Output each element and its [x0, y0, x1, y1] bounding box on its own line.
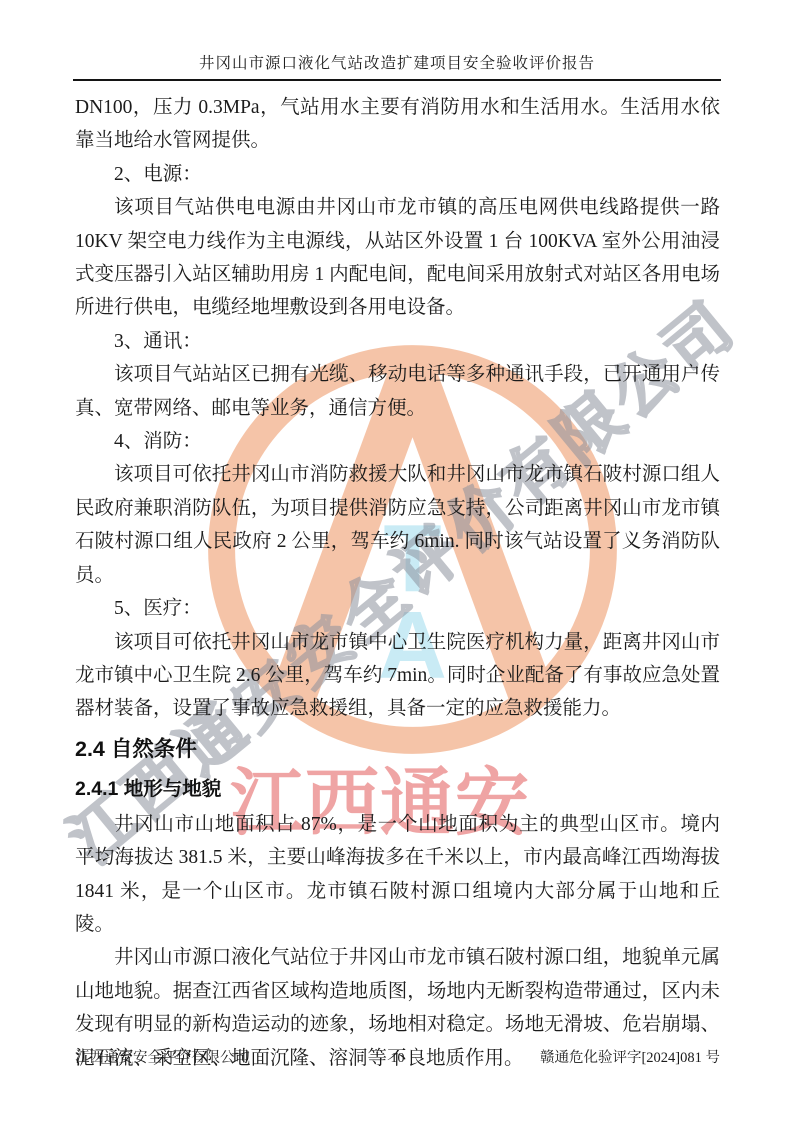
paragraph: 该项目可依托井冈山市龙市镇中心卫生院医疗机构力量，距离井冈山市龙市镇中心卫生院 … [75, 626, 720, 726]
page-footer: 江西通安安全评价有限公司 10 赣通危化验评字[2024]081 号 [75, 1046, 720, 1067]
header-rule [73, 79, 721, 81]
page-header-title: 井冈山市源口液化气站改造扩建项目安全验收评价报告 [0, 51, 794, 73]
paragraph: DN100，压力 0.3MPa，气站用水主要有消防用水和生活用水。生活用水依靠当… [75, 91, 720, 158]
paragraph: 该项目气站供电电源由井冈山市龙市镇的高压电网供电线路提供一路 10KV 架空电力… [75, 191, 720, 325]
footer-page-number: 10 [391, 1051, 405, 1067]
footer-doc-number: 赣通危化验评字[2024]081 号 [405, 1046, 721, 1067]
text-layer: 井冈山市源口液化气站改造扩建项目安全验收评价报告 DN100，压力 0.3MPa… [0, 0, 794, 1123]
paragraph: 4、消防： [75, 425, 720, 458]
document-body: DN100，压力 0.3MPa，气站用水主要有消防用水和生活用水。生活用水依靠当… [75, 91, 720, 1075]
paragraph: 2、电源： [75, 158, 720, 191]
footer-company: 江西通安安全评价有限公司 [75, 1046, 391, 1067]
paragraph: 3、通讯： [75, 325, 720, 358]
document-page: T A 江西通安安全评价有限公司 江西通安 井冈山市源口液化气站改造扩建项目安全… [0, 0, 794, 1123]
subsection-heading: 2.4.1 地形与地貌 [75, 770, 720, 808]
paragraph: 5、医疗： [75, 592, 720, 625]
section-heading: 2.4 自然条件 [75, 728, 720, 770]
paragraph: 该项目气站站区已拥有光缆、移动电话等多种通讯手段，已开通用户传真、宽带网络、邮电… [75, 358, 720, 425]
paragraph: 该项目可依托井冈山市消防救援大队和井冈山市龙市镇石陂村源口组人民政府兼职消防队伍… [75, 458, 720, 592]
paragraph: 井冈山市山地面积占 87%，是一个山地面积为主的典型山区市。境内平均海拔达 38… [75, 808, 720, 942]
